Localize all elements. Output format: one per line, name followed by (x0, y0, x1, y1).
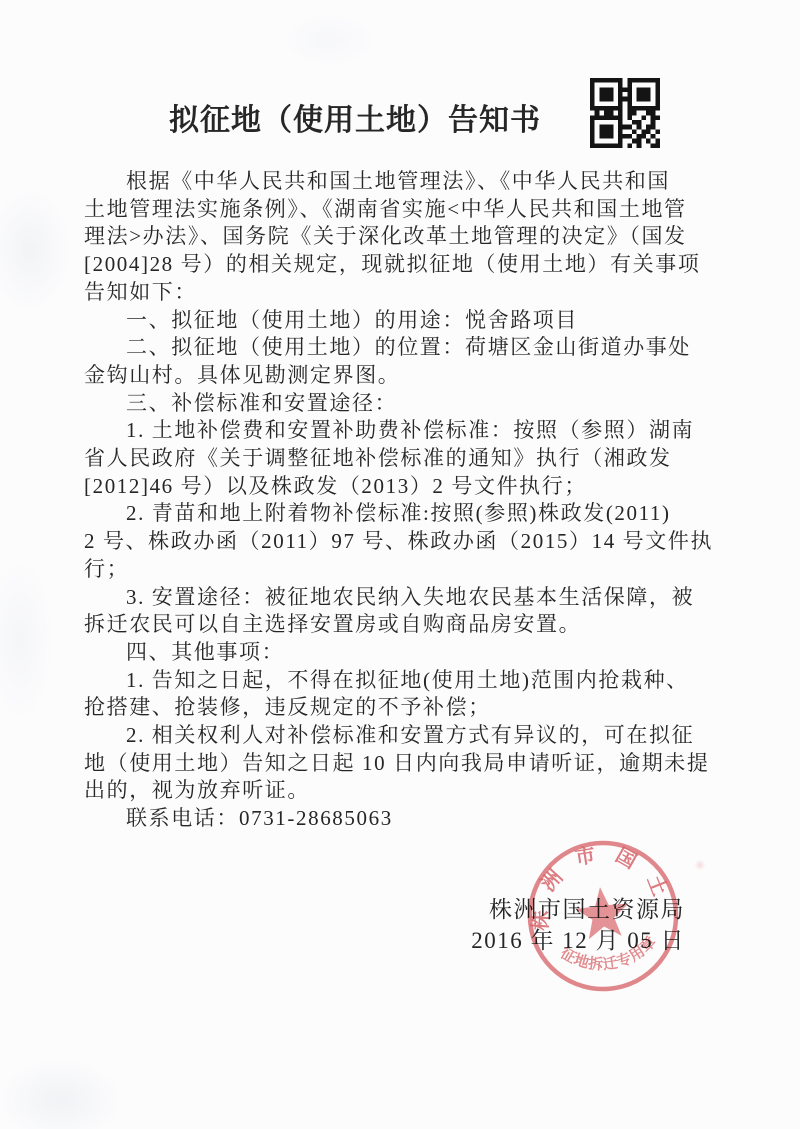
body-line: 省人民政府《关于调整征地补偿标准的通知》执行（湘政发 (84, 445, 744, 473)
document-body: 根据《中华人民共和国土地管理法》、《中华人民共和国 土地管理法实施条例》、《湖南… (84, 168, 744, 833)
body-line: [2004]28 号）的相关规定，现就拟征地（使用土地）有关事项 (84, 251, 744, 279)
body-line: 抢搭建、抢装修，违反规定的不予补偿； (84, 694, 744, 722)
body-line: 四、其他事项： (84, 639, 744, 667)
qr-code-icon (590, 78, 660, 148)
body-line: 地（使用土地）告知之日起 10 日内向我局申请听证，逾期未提 (84, 750, 744, 778)
body-line: 2 号、株政办函（2011）97 号、株政办函（2015）14 号文件执 (84, 528, 744, 556)
body-line: 三、补偿标准和安置途径： (84, 390, 744, 418)
svg-text:征地拆迁专用章: 征地拆迁专用章 (555, 931, 663, 978)
body-line: 告知如下： (84, 279, 744, 307)
body-line: 根据《中华人民共和国土地管理法》、《中华人民共和国 (84, 168, 744, 196)
body-line: 二、拟征地（使用土地）的位置：荷塘区金山街道办事处 (84, 334, 744, 362)
seal-banner-text: 征地拆迁专用章 (555, 931, 663, 978)
body-line: 拆迁农民可以自主选择安置房或自购商品房安置。 (84, 611, 744, 639)
document-title: 拟征地（使用土地）告知书 (155, 95, 555, 139)
document-page: 拟征地（使用土地）告知书 根据《中华人民共和国土地管理法》、《中华人民共和国 土… (0, 0, 800, 1129)
seal-star-icon (574, 884, 632, 940)
body-line: 1. 告知之日起，不得在拟征地(使用土地)范围内抢栽种、 (84, 667, 744, 695)
body-line: 出的，视为放弃听证。 (84, 777, 744, 805)
body-line: [2012]46 号）以及株政发（2013）2 号文件执行； (84, 473, 744, 501)
body-line: 金钩山村。具体见勘测定界图。 (84, 362, 744, 390)
body-line: 一、拟征地（使用土地）的用途：悦舍路项目 (84, 307, 744, 335)
body-line: 行； (84, 556, 744, 584)
official-seal: 株洲市国土资源局 征地拆迁专用章 (521, 834, 685, 998)
body-line: 2. 青苗和地上附着物补偿标准:按照(参照)株政发(2011) (84, 500, 744, 528)
body-line: 理法>办法》、国务院《关于深化改革土地管理的决定》（国发 (84, 223, 744, 251)
body-line: 1. 土地补偿费和安置补助费补偿标准：按照（参照）湖南 (84, 417, 744, 445)
body-line: 3. 安置途径：被征地农民纳入失地农民基本生活保障，被 (84, 584, 744, 612)
body-line: 土地管理法实施条例》、《湖南省实施<中华人民共和国土地管 (84, 196, 744, 224)
body-line: 2. 相关权利人对补偿标准和安置方式有异议的，可在拟征 (84, 722, 744, 750)
body-line: 联系电话：0731-28685063 (84, 805, 744, 833)
